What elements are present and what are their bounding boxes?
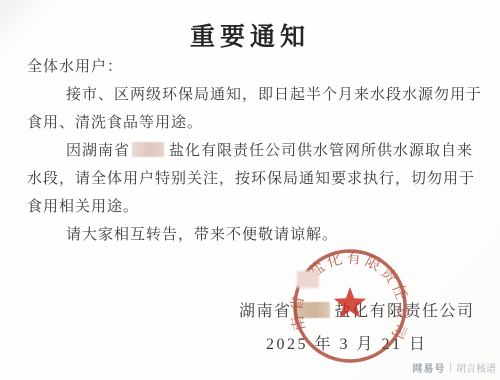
body-line-6: 请大家相互转告，带来不便敬请谅解。 <box>66 223 338 244</box>
body-line-6-text: 请大家相互转告，带来不便敬请谅解。 <box>66 223 338 244</box>
signature-prefix: 湖南省 <box>239 298 292 321</box>
notice-photo: 重要通知 全体水用户： 接市、区两级环保局通知，即日起半个月来水段水源勿用于 食… <box>0 0 500 380</box>
body-line-2-text: 食用、清洗食品等用途。 <box>27 111 203 132</box>
redaction-block-company <box>132 142 164 157</box>
watermark-account: 胡言核谱 <box>456 360 496 375</box>
body-line-4: 水段，请全体用户特别关注，按环保局通知要求执行，切勿用于 <box>27 167 475 188</box>
body-line-2: 食用、清洗食品等用途。 <box>27 111 203 132</box>
watermark: 网易号 | 胡言核谱 <box>412 360 496 375</box>
body-line-3: 因湖南省 盐化有限责任公司供水管网所供水源取自来 <box>66 139 473 160</box>
redaction-block-seal <box>297 271 319 288</box>
notice-title: 重要通知 <box>0 17 500 53</box>
seal-star-icon <box>334 287 366 318</box>
body-line-5: 食用相关用途。 <box>27 195 139 216</box>
body-line-5-text: 食用相关用途。 <box>27 195 139 216</box>
body-line-1-text: 接市、区两级环保局通知，即日起半个月来水段水源勿用于 <box>66 83 482 104</box>
company-seal-stamp: 南省 盐化有限责任公司 <box>289 247 411 369</box>
netease-logo: 网易号 <box>412 360 445 375</box>
salutation-text: 全体水用户： <box>27 55 123 76</box>
body-line-1: 接市、区两级环保局通知，即日起半个月来水段水源勿用于 <box>66 83 482 104</box>
watermark-separator: | <box>449 362 452 373</box>
body-line-3-suffix: 盐化有限责任公司供水管网所供水源取自来 <box>169 139 473 160</box>
salutation-line: 全体水用户： <box>27 55 123 76</box>
body-line-4-text: 水段，请全体用户特别关注，按环保局通知要求执行，切勿用于 <box>27 167 475 188</box>
body-line-3-prefix: 因湖南省 <box>66 139 130 160</box>
